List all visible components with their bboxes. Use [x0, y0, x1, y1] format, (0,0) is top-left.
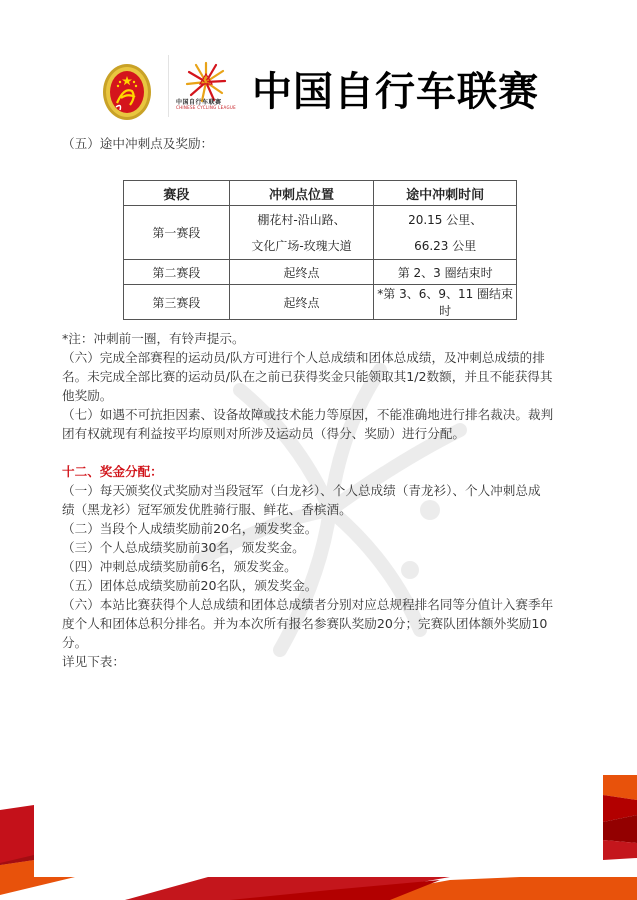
location-line: 文化广场-玫瑰大道	[230, 233, 374, 259]
prize-section-heading: 十二、奖金分配：	[62, 463, 163, 482]
logo-divider	[168, 55, 169, 117]
header-location: 冲刺点位置	[229, 181, 374, 206]
sprint-section-title: （五）途中冲刺点及奖励：	[62, 135, 213, 154]
sprint-note: *注：冲刺前一圈，有铃声提示。	[62, 330, 245, 349]
prize-item: （六）本站比赛获得个人总成绩和团体总成绩者分别对应总规程排名同等分值计入赛季年	[62, 596, 553, 615]
page-header: 中国自行车联赛 CHINESE CYCLING LEAGUE 中国自行车联赛	[0, 0, 637, 125]
prize-item: 度个人和团体总积分排名。并为本次所有报名参赛队奖励20分；完赛队团体额外奖励10	[62, 615, 547, 634]
cell-stage: 第一赛段	[124, 206, 230, 260]
cell-location: 起终点	[229, 260, 374, 285]
table-header-row: 赛段 冲刺点位置 途中冲刺时间	[124, 181, 517, 206]
cell-location: 起终点	[229, 285, 374, 320]
table-row: 第二赛段 起终点 第 2、3 圈结束时	[124, 260, 517, 285]
prize-item: （三）个人总成绩奖励前30名，颁发奖金。	[62, 539, 305, 558]
table-row: 第一赛段 棚花村-沿山路、 文化广场-玫瑰大道 20.15 公里、 66.23 …	[124, 206, 517, 260]
cell-time: 第 2、3 圈结束时	[374, 260, 517, 285]
prize-item: 分。	[62, 634, 87, 653]
section6-line: 他奖励。	[62, 387, 112, 406]
header-stage: 赛段	[124, 181, 230, 206]
prize-item: （一）每天颁奖仪式奖励对当段冠军（白龙衫）、个人总成绩（青龙衫）、个人冲刺总成	[62, 482, 541, 501]
league-logo-english-text: CHINESE CYCLING LEAGUE	[176, 105, 236, 110]
time-line: 66.23 公里	[374, 233, 516, 259]
prize-item: 绩（黑龙衫）冠军颁发优胜骑行服、鲜花、香槟酒。	[62, 501, 352, 520]
header-time: 途中冲刺时间	[374, 181, 517, 206]
prize-item: 详见下表：	[62, 653, 125, 672]
footer-ribbon-decoration	[0, 760, 637, 900]
brand-title: 中国自行车联赛	[252, 60, 539, 117]
time-line: 20.15 公里、	[374, 207, 516, 233]
sprint-points-table: 赛段 冲刺点位置 途中冲刺时间 第一赛段 棚花村-沿山路、 文化广场-玫瑰大道 …	[123, 180, 517, 320]
section7-line: （七）如遇不可抗拒因素、设备故障或技术能力等原因，不能准确地进行排名裁决。裁判	[62, 406, 553, 425]
cell-location: 棚花村-沿山路、 文化广场-玫瑰大道	[229, 206, 374, 260]
prize-item: （五）团体总成绩奖励前20名队，颁发奖金。	[62, 577, 317, 596]
table-row: 第三赛段 起终点 *第 3、6、9、11 圈结束时	[124, 285, 517, 320]
cell-time: 20.15 公里、 66.23 公里	[374, 206, 517, 260]
section6-line: （六）完成全部赛程的运动员/队方可进行个人总成绩和团体总成绩，及冲刺总成绩的排	[62, 349, 545, 368]
prize-item: （二）当段个人成绩奖励前20名，颁发奖金。	[62, 520, 317, 539]
prize-item: （四）冲刺总成绩奖励前6名，颁发奖金。	[62, 558, 297, 577]
cell-stage: 第二赛段	[124, 260, 230, 285]
cell-time: *第 3、6、9、11 圈结束时	[374, 285, 517, 320]
section6-line: 名。未完成全部比赛的运动员/队在之前已获得奖金只能领取其1/2数额，并且不能获得…	[62, 368, 552, 387]
section7-line: 团有权就现有利益按平均原则对所涉及运动员（得分、奖励）进行分配。	[62, 425, 465, 444]
cycling-association-emblem-icon	[102, 63, 152, 121]
location-line: 棚花村-沿山路、	[230, 207, 374, 233]
cell-stage: 第三赛段	[124, 285, 230, 320]
